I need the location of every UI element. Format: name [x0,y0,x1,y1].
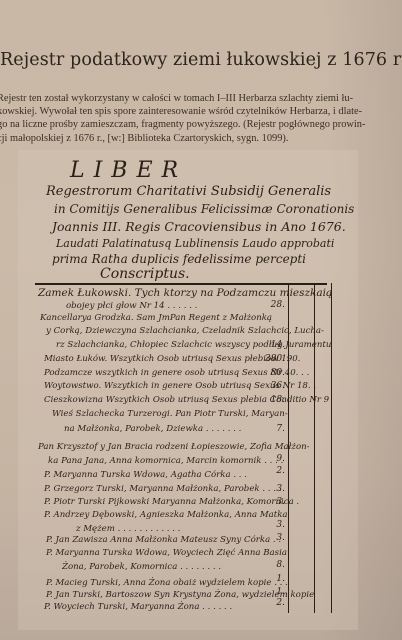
register-amount: 3. [255,533,285,543]
register-entry-line: z Mężem . . . . . . . . . . . . [76,524,180,534]
register-entry-line: obojey płci głow Nr 14 . . . . . . [66,301,197,311]
register-amount: 36. [255,381,285,391]
column-divider [331,283,332,613]
register-entry-line: P. Macieg Turski, Anna Żona obaiż wydzie… [46,578,288,588]
register-entry-line: na Małżonka, Parobek, Dziewka . . . . . … [64,424,241,434]
register-entry-line: y Corką, Dziewczyna Szlachcianka, Czelad… [46,326,324,336]
register-amount: 28. [255,300,285,310]
manuscript-heading-line: in Comitijs Generalibus Felicissimæ Coro… [54,202,354,216]
intro-line: cji małopolskiej z 1676 r., [w:] Bibliot… [0,132,397,145]
register-amount: 9. [255,454,285,464]
register-entry-line: P. Grzegorz Turski, Maryanna Małżonka, P… [44,484,281,494]
register-entry-line: P. Maryanna Turska Wdowa, Agatha Córka .… [44,470,247,480]
manuscript-heading-line: prima Ratha duplicis fedelissime percept… [52,252,306,266]
register-amount: 3. [255,520,285,530]
intro-paragraph: Rejestr ten został wykorzystany w całośc… [0,92,397,145]
intro-line: kowskiej. Wywołał ten spis spore zainter… [0,105,397,118]
manuscript-heading-line: Conscriptus. [100,266,190,282]
table-top-rule [35,283,327,285]
register-entry-line: rz Szlachcianka, Chłopiec Szlachcic wszy… [56,340,331,350]
register-amount: 2. [255,598,285,608]
register-amount: 2. [255,466,285,476]
register-amount: 1. [255,587,285,597]
register-amount: 7. [255,424,285,434]
register-amount: 3. [255,497,285,507]
register-entry-line: P. Andrzey Dębowski, Agnieszka Małżonka,… [44,510,288,520]
register-amount: 18. [255,395,285,405]
register-entry-line: Pan Krzysztof y Jan Bracia rodzeni Łopie… [38,442,310,452]
register-amount: 14. [255,340,285,350]
manuscript-heading-line: Regestrorum Charitativi Subsidij General… [46,184,331,199]
manuscript-heading-line: Joannis III. Regis Cracoviensibus in Ano… [52,219,346,234]
register-amount: 1. [255,574,285,584]
register-entry-line: Wieś Szlachecka Turzerogi. Pan Piotr Tur… [52,409,288,419]
register-amount: 380. [255,354,285,364]
register-amount: 80. [255,368,285,378]
register-entry-line: Żona, Parobek, Komornica . . . . . . . . [62,562,221,572]
register-amount: 8. [255,560,285,570]
register-entry-line: Zamek Łukowski. Tych ktorzy na Podzamczu… [38,287,332,299]
page-title: Rejestr podatkowy ziemi łukowskiej z 167… [0,50,402,70]
register-entry-line: Cieszkowizna Wszytkich Osob utriusq Sexu… [44,395,329,405]
register-amount: 3. [255,484,285,494]
register-entry-line: P. Jan Zawisza Anna Małżonka Mateusz Syn… [46,535,281,545]
intro-line: Rejestr ten został wykorzystany w całośc… [0,92,397,105]
register-entry-line: ka Pana Jana, Anna komornica, Marcin kom… [48,456,283,466]
manuscript-liber-heading: LIBER [70,158,187,183]
intro-line: go na liczne prośby zamieszczam, fragmen… [0,118,397,131]
register-entry-line: P. Maryanna Turska Wdowa, Woyciech Zięć … [46,548,287,558]
manuscript-heading-line: Laudati Palatinatusq Lublinensis Laudo a… [56,237,334,250]
register-entry-line: P. Woyciech Turski, Maryanna Żona . . . … [44,602,232,612]
register-entry-line: Kancellarya Grodzka. Sam JmPan Regent z … [40,313,272,323]
